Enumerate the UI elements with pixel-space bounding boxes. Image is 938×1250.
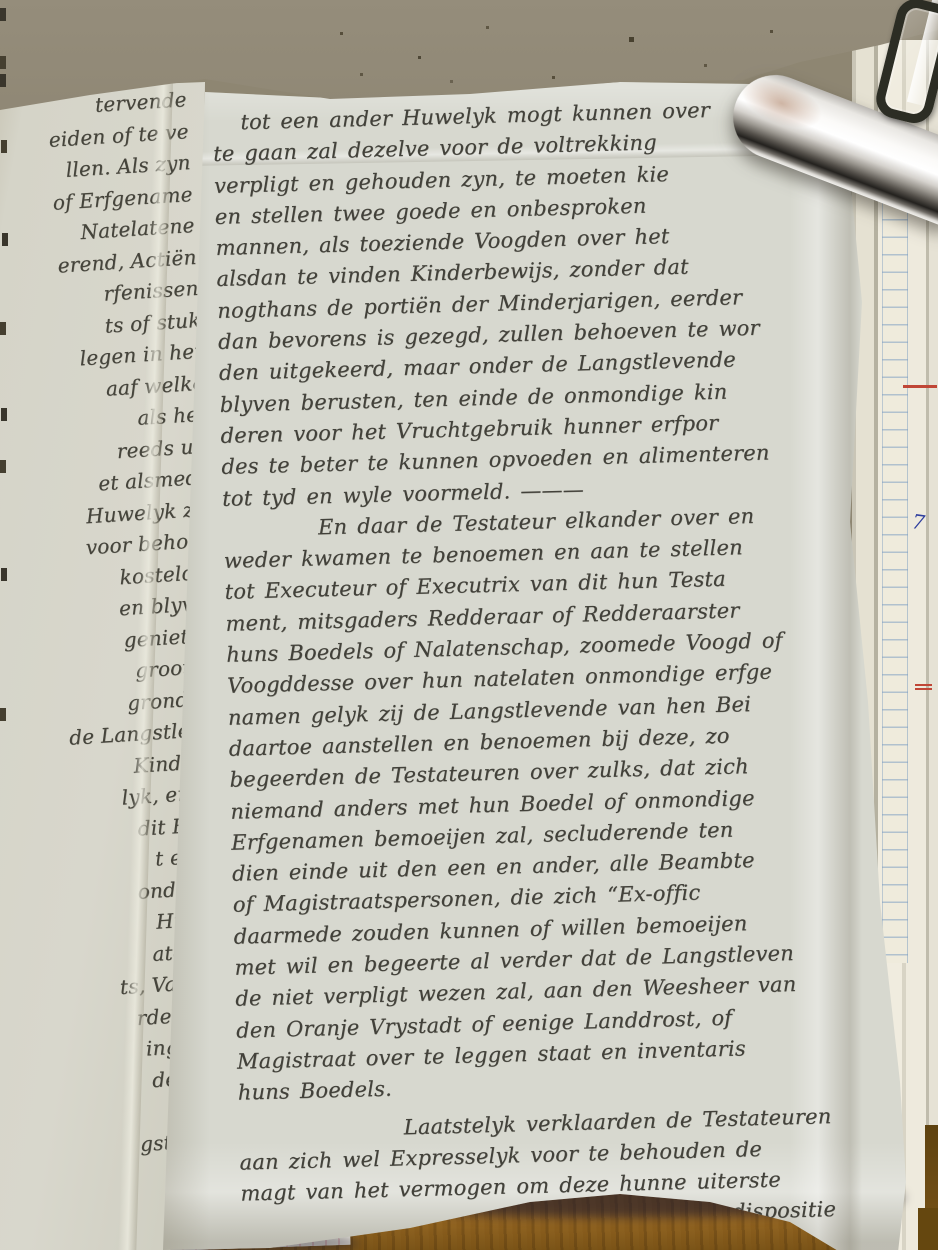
red-mark xyxy=(915,684,932,691)
left-edge-marks xyxy=(0,8,6,21)
main-page-text: tot een ander Huwelyk mogt kunnen overte… xyxy=(212,91,891,1241)
ruled-page-edge xyxy=(882,168,908,963)
main-page: tot een ander Huwelyk mogt kunnen overte… xyxy=(150,62,910,1250)
paragraph: Laatstelyk verklaarden de Testateurenaan… xyxy=(238,1099,890,1210)
photo-scene: 7 tervendeeiden of te vellen. Als zynof … xyxy=(0,0,938,1250)
paragraph: En daar de Testateur elkander over enwed… xyxy=(223,498,888,1109)
cardboard-specks xyxy=(300,18,303,21)
wood-gap xyxy=(918,1208,938,1250)
red-ruled-line xyxy=(903,385,937,388)
